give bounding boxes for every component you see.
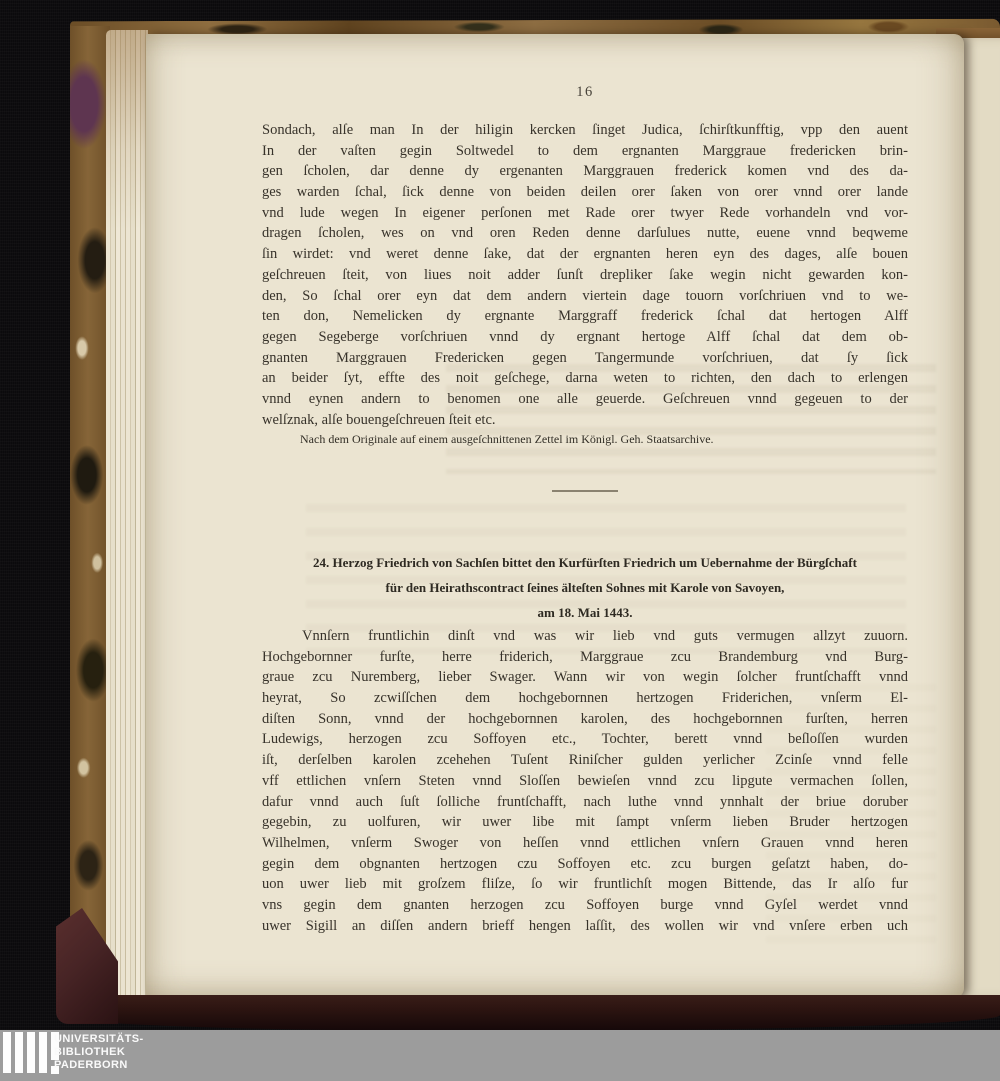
text-line: gegin dem obgnanten hertzogen czu Soffoy… [262, 854, 908, 875]
page-number: 16 [262, 84, 908, 101]
heading-line: am 18. Mai 1443. [262, 600, 908, 625]
text-line: dafur vnnd auch ſuſt ſolliche fruntſchaf… [262, 792, 908, 813]
text-line: Vnnſern fruntlichin dinſt vnd was wir li… [262, 626, 908, 647]
book-scan-viewer: 16 Sondach, alſe man In der hiligin kerc… [0, 0, 1000, 1081]
library-name-line: UNIVERSITÄTS- [54, 1033, 144, 1046]
heading-line: für den Heirathscontract ſeines älteſten… [262, 575, 908, 600]
heading-line: 24. Herzog Friedrich von Sachſen bittet … [262, 550, 908, 575]
document-24-paragraph: Vnnſern fruntlichin dinſt vnd was wir li… [262, 626, 908, 936]
text-line: ges warden ſchal, ſick denne von beiden … [262, 182, 908, 203]
text-line: den, So ſchal orer eyn dat dem andern vi… [262, 286, 908, 307]
text-line: vns gegin dem gnanten herzogen zcu Soffo… [262, 895, 908, 916]
text-line: ſin wirdet: vnd weret denne ſake, dat de… [262, 244, 908, 265]
library-watermark-band [0, 1030, 1000, 1081]
text-line: iſt, derſelben karolen zcehehen Tuſent R… [262, 750, 908, 771]
text-line: gen ſcholen, dar denne dy ergenanten Mar… [262, 161, 908, 182]
text-line: uon uwer lieb mit groſzem fliſze, ſo wir… [262, 874, 908, 895]
text-line: dragen ſcholen, wes on vnd oren Reden de… [262, 223, 908, 244]
text-line: gnanten Marggrauen Fredericken gegen Tan… [262, 348, 908, 369]
text-line: vnnd eynen andern to benomen one alle ge… [262, 389, 908, 410]
book-cover-marbled-board [70, 26, 110, 1002]
logo-bar [15, 1032, 23, 1073]
text-line: Ludewigs, herzogen zcu Soffoyen etc., To… [262, 729, 908, 750]
footnote-source-note: Nach dem Originale auf einem ausgeſchnit… [300, 432, 900, 447]
logo-bar [27, 1032, 35, 1073]
text-line: Sondach, alſe man In der hiligin kercken… [262, 120, 908, 141]
section-divider-rule [552, 490, 618, 492]
text-line: an beider ſyt, effte des noit geſchege, … [262, 368, 908, 389]
text-line: gegen Segeberge vorſchriuen vnnd dy ergn… [262, 327, 908, 348]
book-page: 16 Sondach, alſe man In der hiligin kerc… [146, 34, 964, 998]
section-24-heading: 24. Herzog Friedrich von Sachſen bittet … [262, 550, 908, 625]
text-line: welſznak, alſe bouengeſchreuen ſteit etc… [262, 410, 908, 431]
text-line: uwer Sigill an diſſen andern brieff heng… [262, 916, 908, 937]
document-23-continuation-paragraph: Sondach, alſe man In der hiligin kercken… [262, 120, 908, 430]
text-line: gegebin, zu uolfuren, wir uwer libe mit … [262, 812, 908, 833]
logo-bar [39, 1032, 47, 1073]
text-line: Wilhelmen, vnſerm Swoger von heſſen vnnd… [262, 833, 908, 854]
library-name-line: BIBLIOTHEK [54, 1046, 144, 1059]
text-line: geſchreuen ſteit, von liues noit adder ſ… [262, 265, 908, 286]
library-name: UNIVERSITÄTS-BIBLIOTHEKPADERBORN [54, 1033, 144, 1072]
text-line: vnd lude wegen In eigener perſonen met R… [262, 203, 908, 224]
logo-bar [3, 1032, 11, 1073]
ub-paderborn-bars-logo-icon [3, 1032, 59, 1078]
text-line: diſten Sonn, vnnd der hochgebornnen karo… [262, 709, 908, 730]
book-bottom-binding-edge [72, 995, 1000, 1031]
text-line: ten don, Nemelicken dy ergnante Marggraf… [262, 306, 908, 327]
text-line: Hochgebornner furſte, herre friderich, M… [262, 647, 908, 668]
text-line: In der vaſten gegin Soltwedel to dem erg… [262, 141, 908, 162]
page-fore-edge-stack [106, 30, 148, 1002]
library-name-line: PADERBORN [54, 1059, 144, 1072]
text-line: vff ettlichen vnſern Steten vnnd Sloſſen… [262, 771, 908, 792]
text-line: heyrat, So zcwiſſchen dem hochgebornnen … [262, 688, 908, 709]
text-line: graue zcu Nuremberg, lieber Swager. Wann… [262, 667, 908, 688]
